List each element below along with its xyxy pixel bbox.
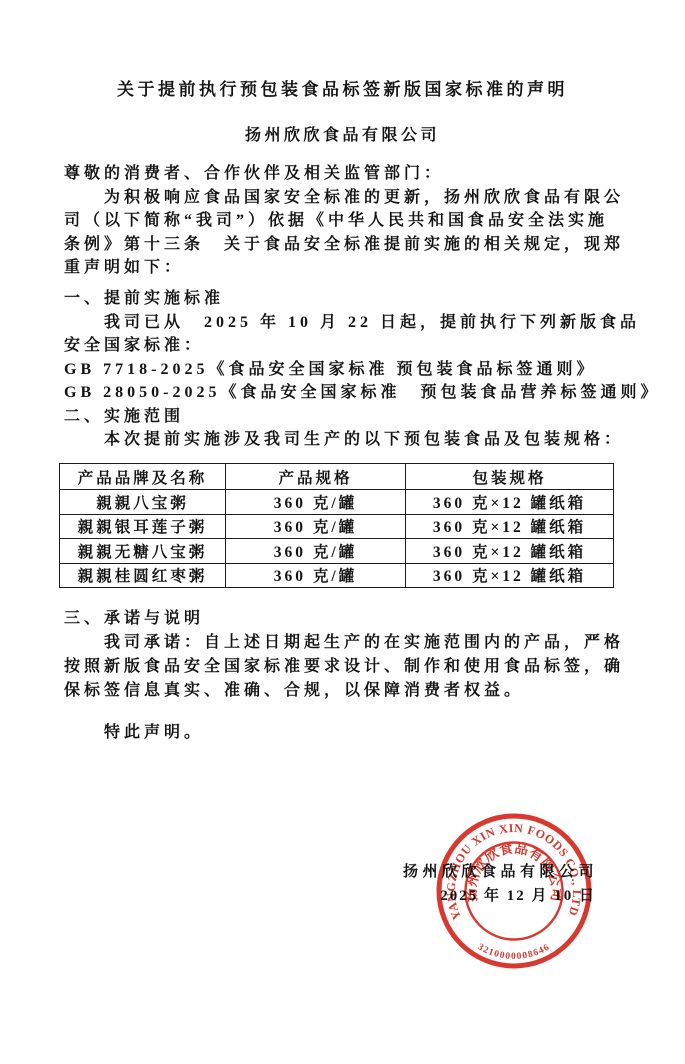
cell-product-spec: 360 克/罐 [226,514,406,539]
section-3-line: 按照新版食品安全国家标准要求设计、制作和使用食品标签，确 [64,655,632,679]
cell-package-spec: 360 克×12 罐纸箱 [406,514,614,539]
company-name-heading: 扬州欣欣食品有限公司 [0,122,685,145]
cell-package-spec: 360 克×12 罐纸箱 [406,490,614,515]
header-product-name: 产品品牌及名称 [60,464,226,490]
intro-line: 司（以下简称“我司”）依据《中华人民共和国食品安全法实施 [64,209,632,233]
svg-text:扬州欣欣食品有限公司: 扬州欣欣食品有限公司 [463,840,566,903]
table-row: 親親桂圆红枣粥 360 克/罐 360 克×12 罐纸箱 [60,563,614,588]
closing-statement: 特此声明。 [104,719,204,742]
section-2-lead: 本次提前实施涉及我司生产的以下预包装食品及包装规格： [64,428,632,452]
declaration-document: 关于提前执行预包装食品标签新版国家标准的声明 扬州欣欣食品有限公司 尊敬的消费者… [0,0,685,1064]
cell-package-spec: 360 克×12 罐纸箱 [406,539,614,564]
table-row: 親親八宝粥 360 克/罐 360 克×12 罐纸箱 [60,490,614,515]
greeting-line: 尊敬的消费者、合作伙伴及相关监管部门： [64,162,632,186]
cell-product-name: 親親八宝粥 [60,490,226,515]
table-row: 親親银耳莲子粥 360 克/罐 360 克×12 罐纸箱 [60,514,614,539]
header-product-spec: 产品规格 [226,464,406,490]
cell-product-spec: 360 克/罐 [226,539,406,564]
intro-line: 条例》第十三条 关于食品安全标准提前实施的相关规定，现郑 [64,233,632,257]
cell-product-spec: 360 克/罐 [226,490,406,515]
section-1-standards: 一、提前实施标准 我司已从 2025 年 10 月 22 日起，提前执行下列新版… [64,287,632,452]
intro-line: 为积极响应食品国家安全标准的更新，扬州欣欣食品有限公 [64,186,632,210]
cell-product-name: 親親无糖八宝粥 [60,539,226,564]
product-spec-table: 产品品牌及名称 产品规格 包装规格 親親八宝粥 360 克/罐 360 克×12… [59,463,614,588]
table-header-row: 产品品牌及名称 产品规格 包装规格 [60,464,614,490]
section-1-heading: 一、提前实施标准 [64,287,632,311]
cell-package-spec: 360 克×12 罐纸箱 [406,563,614,588]
company-seal-stamp-icon: YANGZHOU XIN XIN FOODS CO., LTD. 扬州欣欣食品有… [429,806,599,976]
cell-product-spec: 360 克/罐 [226,563,406,588]
table-row: 親親无糖八宝粥 360 克/罐 360 克×12 罐纸箱 [60,539,614,564]
section-1-line: 我司已从 2025 年 10 月 22 日起，提前执行下列新版食品 [64,311,632,335]
standard-gb28050: GB 28050-2025《食品安全国家标准 预包装食品营养标签通则》 [64,381,632,405]
intro-line: 重声明如下： [64,256,632,280]
cell-product-name: 親親银耳莲子粥 [60,514,226,539]
section-3-line: 我司承诺：自上述日期起生产的在实施范围内的产品，严格 [64,631,632,655]
cell-product-name: 親親桂圆红枣粥 [60,563,226,588]
seal-outer-ring [439,816,589,966]
header-package-spec: 包装规格 [406,464,614,490]
seal-chinese-text: 扬州欣欣食品有限公司 [463,840,566,903]
standard-gb7718: GB 7718-2025《食品安全国家标准 预包装食品标签通则》 [64,358,632,382]
intro-paragraph: 尊敬的消费者、合作伙伴及相关监管部门： 为积极响应食品国家安全标准的更新，扬州欣… [64,162,632,280]
section-3-heading: 三、承诺与说明 [64,607,632,631]
section-3-line: 保标签信息真实、准确、合规，以保障消费者权益。 [64,679,632,703]
section-3-commitment: 三、承诺与说明 我司承诺：自上述日期起生产的在实施范围内的产品，严格 按照新版食… [64,607,632,703]
document-title: 关于提前执行预包装食品标签新版国家标准的声明 [0,75,685,100]
section-1-line: 安全国家标准： [64,334,632,358]
section-2-heading: 二、实施范围 [64,405,632,429]
